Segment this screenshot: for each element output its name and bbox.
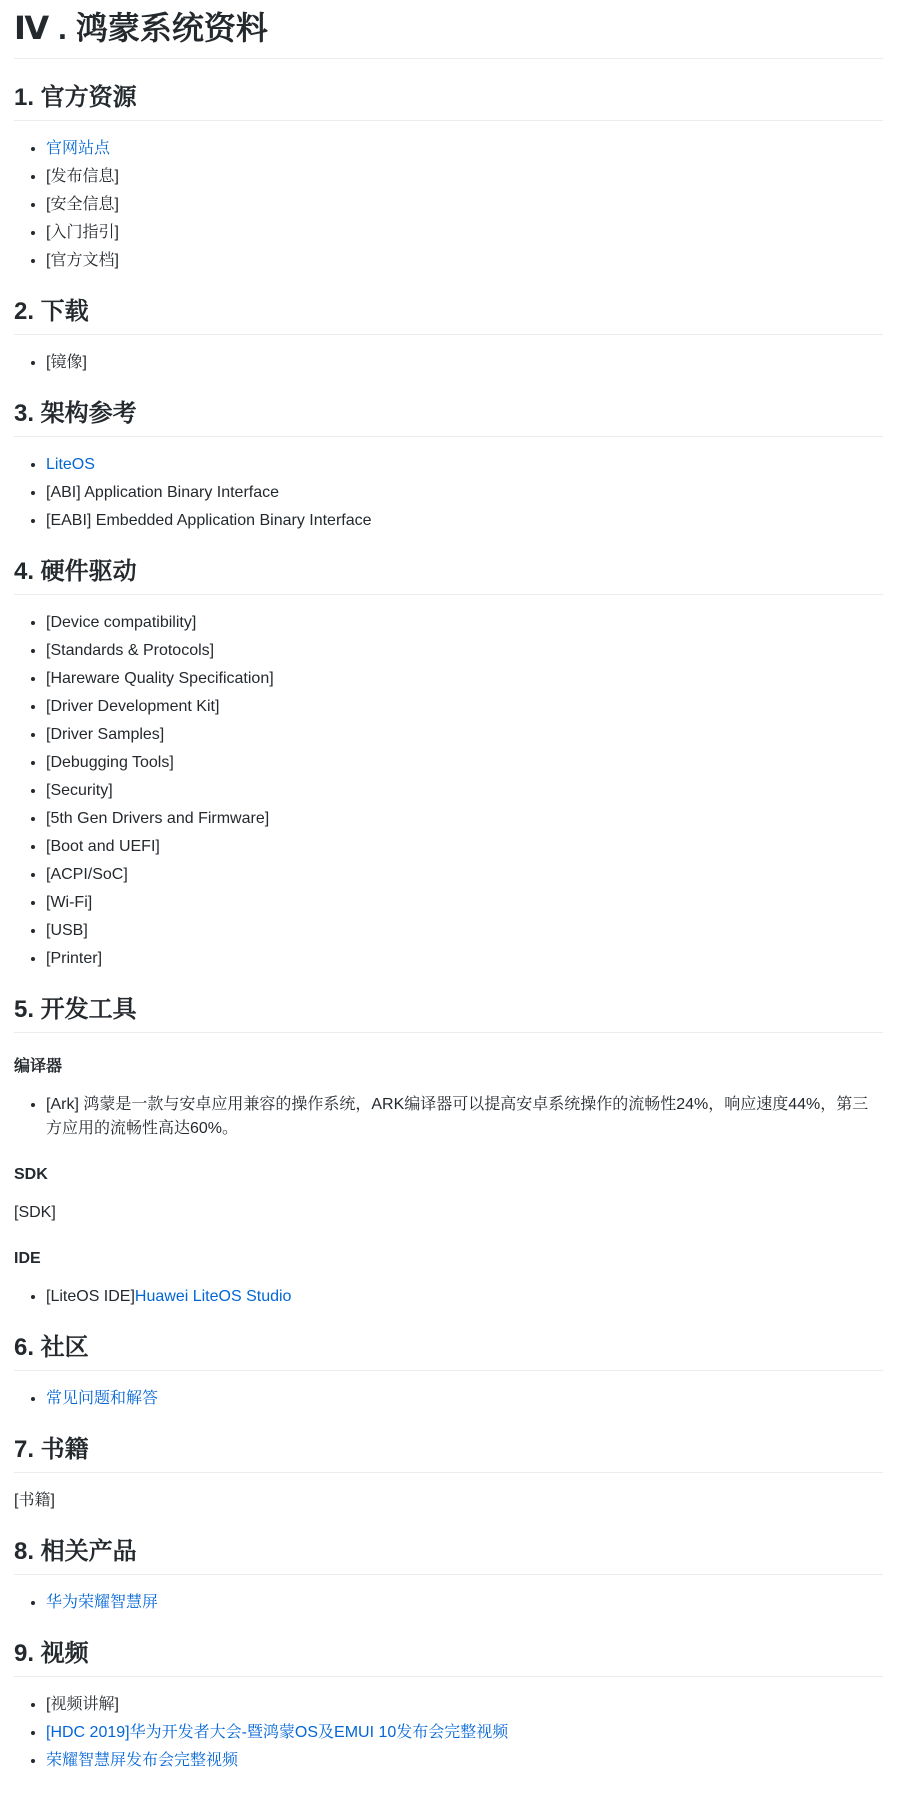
list-item-text: [Standards & Protocols] (46, 642, 214, 659)
list-item: [Wi-Fi] (46, 891, 883, 915)
list-item-text: [EABI] Embedded Application Binary Inter… (46, 512, 372, 529)
list-item: [Device compatibility] (46, 611, 883, 635)
list-item: [官方文档] (46, 249, 883, 273)
bullet-list: [Ark] 鸿蒙是一款与安卓应用兼容的操作系统，ARK编译器可以提高安卓系统操作… (14, 1093, 883, 1141)
section-heading: 7. 书籍 (14, 1435, 883, 1473)
list-item-text: [发布信息] (46, 168, 119, 185)
list-item: [5th Gen Drivers and Firmware] (46, 807, 883, 831)
document-section: 6. 社区常见问题和解答 (14, 1333, 883, 1411)
list-item: 华为荣耀智慧屏 (46, 1591, 883, 1615)
list-item-text: [ACPI/SoC] (46, 866, 128, 883)
list-item: [Driver Samples] (46, 723, 883, 747)
link[interactable]: 官网站点 (46, 140, 110, 157)
document-section: 3. 架构参考LiteOS[ABI] Application Binary In… (14, 399, 883, 533)
list-item-text: [USB] (46, 922, 88, 939)
link[interactable]: 华为荣耀智慧屏 (46, 1594, 158, 1611)
list-item-text: [LiteOS IDE] (46, 1288, 135, 1305)
list-item: [USB] (46, 919, 883, 943)
section-heading: 1. 官方资源 (14, 83, 883, 121)
list-item: [ACPI/SoC] (46, 863, 883, 887)
document-section: 7. 书籍[书籍] (14, 1435, 883, 1513)
link[interactable]: 常见问题和解答 (46, 1390, 158, 1407)
list-item-text: [Wi-Fi] (46, 894, 92, 911)
link[interactable]: 荣耀智慧屏发布会完整视频 (46, 1752, 238, 1769)
list-item: [Security] (46, 779, 883, 803)
section-heading: 8. 相关产品 (14, 1537, 883, 1575)
list-item-text: [Security] (46, 782, 113, 799)
list-item: LiteOS (46, 453, 883, 477)
subsection-heading: SDK (14, 1165, 883, 1185)
bullet-list: [镜像] (14, 351, 883, 375)
document-section: 9. 视频[视频讲解][HDC 2019]华为开发者大会-暨鸿蒙OS及EMUI … (14, 1639, 883, 1773)
list-item: [发布信息] (46, 165, 883, 189)
section-heading: 3. 架构参考 (14, 399, 883, 437)
sections-container: 1. 官方资源官网站点[发布信息][安全信息][入门指引][官方文档]2. 下载… (14, 83, 883, 1773)
list-item-text: [Driver Samples] (46, 726, 164, 743)
list-item: [Boot and UEFI] (46, 835, 883, 859)
list-item: 常见问题和解答 (46, 1387, 883, 1411)
list-item: [ABI] Application Binary Interface (46, 481, 883, 505)
list-item-text: [安全信息] (46, 196, 119, 213)
list-item-text: [Debugging Tools] (46, 754, 174, 771)
section-heading: 5. 开发工具 (14, 995, 883, 1033)
list-item-text: [镜像] (46, 354, 87, 371)
list-item: [Hareware Quality Specification] (46, 667, 883, 691)
list-item-text: [Hareware Quality Specification] (46, 670, 274, 687)
paragraph-text: [书籍] (14, 1489, 883, 1513)
list-item: [Driver Development Kit] (46, 695, 883, 719)
section-heading: 6. 社区 (14, 1333, 883, 1371)
list-item: [安全信息] (46, 193, 883, 217)
list-item-text: [Ark] 鸿蒙是一款与安卓应用兼容的操作系统，ARK编译器可以提高安卓系统操作… (46, 1096, 868, 1137)
list-item: [EABI] Embedded Application Binary Inter… (46, 509, 883, 533)
list-item: [镜像] (46, 351, 883, 375)
bullet-list: LiteOS[ABI] Application Binary Interface… (14, 453, 883, 533)
document-section: 8. 相关产品华为荣耀智慧屏 (14, 1537, 883, 1615)
document-section: 4. 硬件驱动[Device compatibility][Standards … (14, 557, 883, 971)
list-item-text: [ABI] Application Binary Interface (46, 484, 279, 501)
document-section: 2. 下载[镜像] (14, 297, 883, 375)
subsection-heading: 编译器 (14, 1057, 883, 1077)
bullet-list: [Device compatibility][Standards & Proto… (14, 611, 883, 971)
list-item-text: [Boot and UEFI] (46, 838, 160, 855)
list-item: [HDC 2019]华为开发者大会-暨鸿蒙OS及EMUI 10发布会完整视频 (46, 1721, 883, 1745)
list-item-text: [5th Gen Drivers and Firmware] (46, 810, 269, 827)
list-item-text: [Driver Development Kit] (46, 698, 219, 715)
page-title: Ⅳ . 鸿蒙系统资料 (14, 8, 883, 59)
bullet-list: 常见问题和解答 (14, 1387, 883, 1411)
list-item-text: [入门指引] (46, 224, 119, 241)
list-item: [Standards & Protocols] (46, 639, 883, 663)
section-heading: 9. 视频 (14, 1639, 883, 1677)
section-heading: 2. 下载 (14, 297, 883, 335)
list-item-text: [视频讲解] (46, 1696, 119, 1713)
list-item: [LiteOS IDE]Huawei LiteOS Studio (46, 1285, 883, 1309)
link[interactable]: Huawei LiteOS Studio (135, 1288, 292, 1305)
paragraph-text: [SDK] (14, 1201, 883, 1225)
document-section: 5. 开发工具编译器[Ark] 鸿蒙是一款与安卓应用兼容的操作系统，ARK编译器… (14, 995, 883, 1309)
section-heading: 4. 硬件驱动 (14, 557, 883, 595)
list-item: [Ark] 鸿蒙是一款与安卓应用兼容的操作系统，ARK编译器可以提高安卓系统操作… (46, 1093, 883, 1141)
link[interactable]: [HDC 2019]华为开发者大会-暨鸿蒙OS及EMUI 10发布会完整视频 (46, 1724, 508, 1741)
document-section: 1. 官方资源官网站点[发布信息][安全信息][入门指引][官方文档] (14, 83, 883, 273)
list-item: 荣耀智慧屏发布会完整视频 (46, 1749, 883, 1773)
list-item-text: [Printer] (46, 950, 102, 967)
markdown-body: Ⅳ . 鸿蒙系统资料 1. 官方资源官网站点[发布信息][安全信息][入门指引]… (0, 0, 897, 1815)
bullet-list: [LiteOS IDE]Huawei LiteOS Studio (14, 1285, 883, 1309)
list-item: 官网站点 (46, 137, 883, 161)
list-item-text: [Device compatibility] (46, 614, 196, 631)
list-item: [Printer] (46, 947, 883, 971)
list-item-text: [官方文档] (46, 252, 119, 269)
bullet-list: [视频讲解][HDC 2019]华为开发者大会-暨鸿蒙OS及EMUI 10发布会… (14, 1693, 883, 1773)
list-item: [Debugging Tools] (46, 751, 883, 775)
bullet-list: 华为荣耀智慧屏 (14, 1591, 883, 1615)
list-item: [入门指引] (46, 221, 883, 245)
list-item: [视频讲解] (46, 1693, 883, 1717)
bullet-list: 官网站点[发布信息][安全信息][入门指引][官方文档] (14, 137, 883, 273)
link[interactable]: LiteOS (46, 456, 95, 473)
subsection-heading: IDE (14, 1249, 883, 1269)
